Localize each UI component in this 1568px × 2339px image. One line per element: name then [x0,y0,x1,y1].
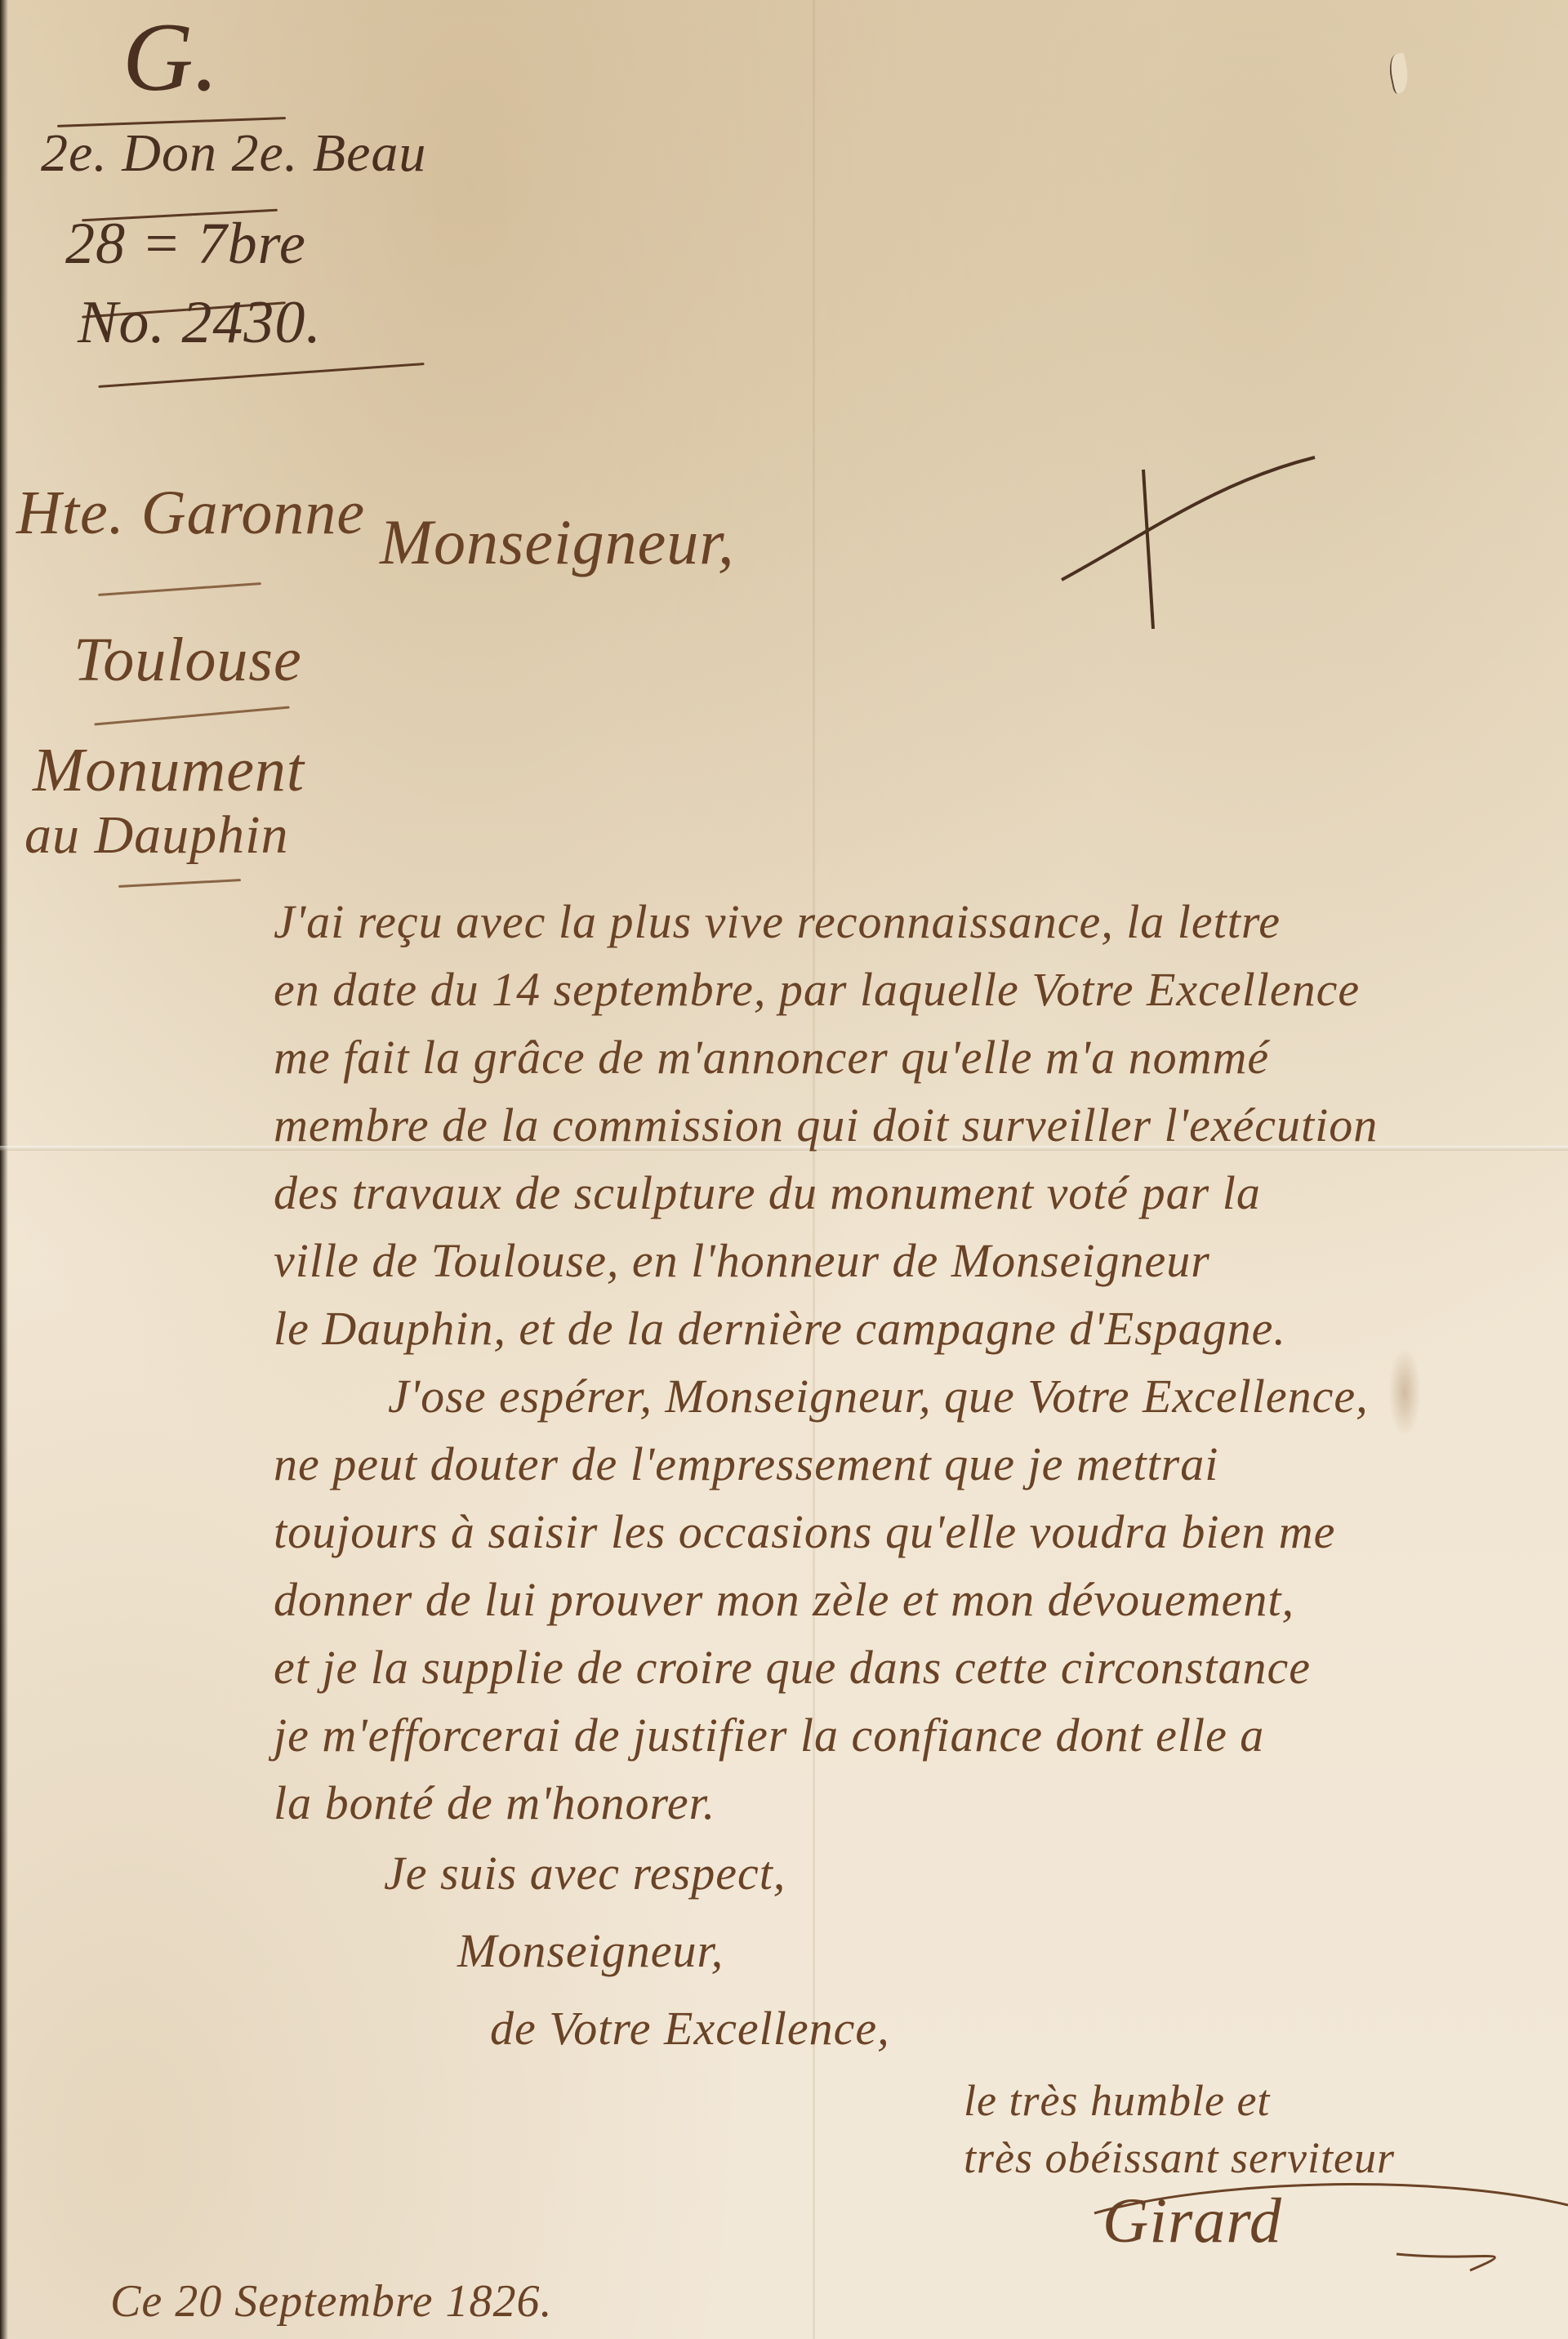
body-line: ne peut douter de l'empressement que je … [274,1441,1218,1488]
body-line: je m'efforcerai de justifier la confianc… [274,1712,1264,1759]
department-note: Hte. Garonne [16,482,365,544]
subject-line-2: au Dauphin [24,809,289,862]
body-line: J'ose espérer, Monseigneur, que Votre Ex… [388,1373,1369,1420]
body-line: toujours à saisir les occasions qu'elle … [274,1508,1335,1556]
body-line: en date du 14 septembre, par laquelle Vo… [274,966,1360,1014]
signature-flourish-icon [1086,2164,1568,2279]
body-line: me fait la grâce de m'annoncer qu'elle m… [274,1034,1269,1081]
body-line: le Dauphin, et de la dernière campagne d… [274,1305,1286,1352]
salutation: Monseigneur, [380,510,734,574]
closing-line-4: le très humble et [964,2078,1270,2123]
paper-left-edge [0,0,8,2339]
date-line: Ce 20 Septembre 1826. [110,2279,553,2324]
body-line: ville de Toulouse, en l'honneur de Monse… [274,1237,1210,1285]
closing-line-2: Monseigneur, [457,1927,724,1975]
reference-number: No. 2430. [78,292,322,353]
body-line: J'ai reçu avec la plus vive reconnaissan… [274,898,1281,946]
body-line: membre de la commission qui doit surveil… [274,1102,1378,1149]
received-date-note: 28 = 7bre [65,214,306,273]
body-line: des travaux de sculpture du monument vot… [274,1169,1261,1217]
ink-stain [1388,1348,1421,1437]
subject-line-1: Monument [33,739,305,801]
body-line: donner de lui prouver mon zèle et mon dé… [274,1576,1294,1624]
service-note: 2e. Don 2e. Beau [41,127,426,180]
cross-mark-icon [1053,441,1347,629]
body-line: la bonté de m'honorer. [274,1780,715,1827]
city-note: Toulouse [73,629,302,691]
body-line: et je la supplie de croire que dans cett… [274,1644,1311,1691]
closing-line-3: de Votre Excellence, [490,2005,890,2052]
letter-mark: G. [122,8,220,106]
closing-line-1: Je suis avec respect, [384,1850,786,1897]
